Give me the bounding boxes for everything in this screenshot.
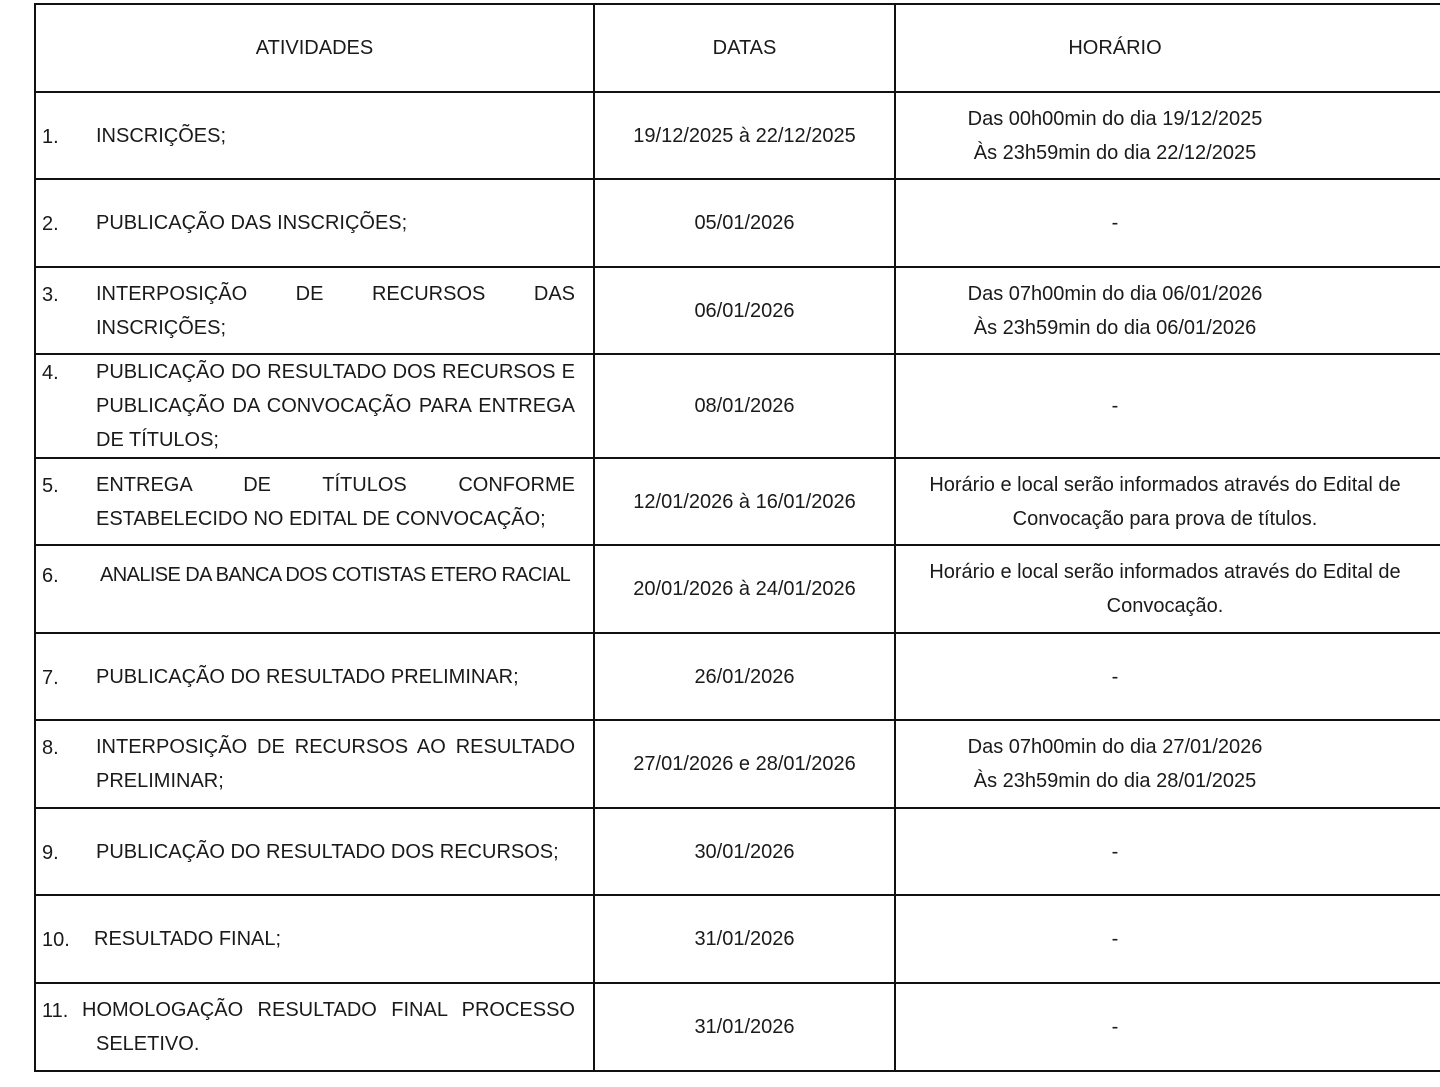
- date-cell: 30/01/2026: [594, 808, 895, 895]
- time-line-2: Às 23h59min do dia 22/12/2025: [896, 136, 1334, 170]
- time-cell: -: [895, 895, 1440, 983]
- table-row: 9. PUBLICAÇÃO DO RESULTADO DOS RECURSOS;…: [35, 808, 1440, 895]
- time-line-1: Horário e local serão informados através…: [896, 555, 1434, 623]
- activity-text: INSCRIÇÕES;: [36, 119, 593, 153]
- table-row: 2. PUBLICAÇÃO DAS INSCRIÇÕES; 05/01/2026…: [35, 179, 1440, 267]
- time-line-2: Às 23h59min do dia 06/01/2026: [896, 311, 1334, 345]
- time-line-1: Das 07h00min do dia 27/01/2026: [896, 730, 1334, 764]
- activity-number: 11.: [42, 994, 68, 1028]
- time-cell: Das 00h00min do dia 19/12/2025Às 23h59mi…: [895, 92, 1440, 179]
- date-cell: 26/01/2026: [594, 633, 895, 720]
- activity-cell: 10. RESULTADO FINAL;: [35, 895, 594, 983]
- activity-cell: 6. ANALISE DA BANCA DOS COTISTAS ETERO R…: [35, 545, 594, 633]
- activity-text: ANALISE DA BANCA DOS COTISTAS ETERO RACI…: [36, 558, 593, 592]
- time-line-1: Horário e local serão informados através…: [896, 468, 1434, 536]
- activity-number: 4.: [42, 356, 59, 390]
- time-cell: Horário e local serão informados através…: [895, 545, 1440, 633]
- activity-number: 7.: [42, 661, 59, 695]
- time-line-1: -: [896, 389, 1334, 423]
- activity-text: PUBLICAÇÃO DO RESULTADO DOS RECURSOS E P…: [36, 355, 593, 457]
- activity-cell: 5. ENTREGA DE TÍTULOS CONFORME ESTABELEC…: [35, 458, 594, 545]
- schedule-table: ATIVIDADES DATAS HORÁRIO 1. INSCRIÇÕES; …: [34, 3, 1440, 1072]
- time-line-1: Das 00h00min do dia 19/12/2025: [896, 102, 1334, 136]
- activity-number: 5.: [42, 469, 59, 503]
- time-line-1: -: [896, 1010, 1334, 1044]
- time-line-1: Das 07h00min do dia 06/01/2026: [896, 277, 1334, 311]
- time-line-1: -: [896, 922, 1334, 956]
- time-cell: -: [895, 808, 1440, 895]
- date-cell: 12/01/2026 à 16/01/2026: [594, 458, 895, 545]
- time-cell: Das 07h00min do dia 27/01/2026Às 23h59mi…: [895, 720, 1440, 808]
- date-cell: 05/01/2026: [594, 179, 895, 267]
- activity-cell: 7. PUBLICAÇÃO DO RESULTADO PRELIMINAR;: [35, 633, 594, 720]
- activity-number: 3.: [42, 278, 59, 312]
- activity-cell: 1. INSCRIÇÕES;: [35, 92, 594, 179]
- header-dates: DATAS: [594, 4, 895, 92]
- activity-cell: 3. INTERPOSIÇÃO DE RECURSOS DAS INSCRIÇÕ…: [35, 267, 594, 354]
- activity-text: ENTREGA DE TÍTULOS CONFORME ESTABELECIDO…: [36, 468, 593, 536]
- time-line-1: -: [896, 835, 1334, 869]
- activity-number: 10.: [42, 923, 70, 957]
- table-row: 5. ENTREGA DE TÍTULOS CONFORME ESTABELEC…: [35, 458, 1440, 545]
- date-cell: 31/01/2026: [594, 983, 895, 1071]
- activity-text: HOMOLOGAÇÃO RESULTADO FINAL PROCESSO SEL…: [36, 993, 593, 1061]
- table-row: 8. INTERPOSIÇÃO DE RECURSOS AO RESULTADO…: [35, 720, 1440, 808]
- table-row: 6. ANALISE DA BANCA DOS COTISTAS ETERO R…: [35, 545, 1440, 633]
- header-row: ATIVIDADES DATAS HORÁRIO: [35, 4, 1440, 92]
- date-cell: 27/01/2026 e 28/01/2026: [594, 720, 895, 808]
- table-row: 4. PUBLICAÇÃO DO RESULTADO DOS RECURSOS …: [35, 354, 1440, 458]
- activity-number: 8.: [42, 731, 59, 765]
- table-row: 10. RESULTADO FINAL; 31/01/2026 -: [35, 895, 1440, 983]
- activity-cell: 11. HOMOLOGAÇÃO RESULTADO FINAL PROCESSO…: [35, 983, 594, 1071]
- activity-text: PUBLICAÇÃO DAS INSCRIÇÕES;: [36, 206, 593, 240]
- activity-text: INTERPOSIÇÃO DE RECURSOS DAS INSCRIÇÕES;: [36, 277, 593, 345]
- time-cell: -: [895, 354, 1440, 458]
- table-row: 7. PUBLICAÇÃO DO RESULTADO PRELIMINAR; 2…: [35, 633, 1440, 720]
- activity-number: 1.: [42, 120, 59, 154]
- activity-text: RESULTADO FINAL;: [36, 922, 593, 956]
- time-line-1: -: [896, 660, 1334, 694]
- table-row: 11. HOMOLOGAÇÃO RESULTADO FINAL PROCESSO…: [35, 983, 1440, 1071]
- activity-cell: 2. PUBLICAÇÃO DAS INSCRIÇÕES;: [35, 179, 594, 267]
- activity-cell: 9. PUBLICAÇÃO DO RESULTADO DOS RECURSOS;: [35, 808, 594, 895]
- activity-cell: 4. PUBLICAÇÃO DO RESULTADO DOS RECURSOS …: [35, 354, 594, 458]
- time-line-2: Às 23h59min do dia 28/01/2025: [896, 764, 1334, 798]
- date-cell: 31/01/2026: [594, 895, 895, 983]
- time-line-1: -: [896, 206, 1334, 240]
- time-cell: -: [895, 983, 1440, 1071]
- activity-text: PUBLICAÇÃO DO RESULTADO PRELIMINAR;: [36, 660, 593, 694]
- time-cell: -: [895, 633, 1440, 720]
- activity-number: 2.: [42, 207, 59, 241]
- date-cell: 08/01/2026: [594, 354, 895, 458]
- time-cell: Horário e local serão informados através…: [895, 458, 1440, 545]
- activity-number: 9.: [42, 836, 59, 870]
- table-row: 3. INTERPOSIÇÃO DE RECURSOS DAS INSCRIÇÕ…: [35, 267, 1440, 354]
- time-cell: Das 07h00min do dia 06/01/2026Às 23h59mi…: [895, 267, 1440, 354]
- header-time: HORÁRIO: [895, 4, 1440, 92]
- date-cell: 20/01/2026 à 24/01/2026: [594, 545, 895, 633]
- date-cell: 19/12/2025 à 22/12/2025: [594, 92, 895, 179]
- activity-cell: 8. INTERPOSIÇÃO DE RECURSOS AO RESULTADO…: [35, 720, 594, 808]
- table-row: 1. INSCRIÇÕES; 19/12/2025 à 22/12/2025 D…: [35, 92, 1440, 179]
- activity-text: PUBLICAÇÃO DO RESULTADO DOS RECURSOS;: [36, 835, 593, 869]
- activity-text: INTERPOSIÇÃO DE RECURSOS AO RESULTADO PR…: [36, 730, 593, 798]
- time-cell: -: [895, 179, 1440, 267]
- header-activities: ATIVIDADES: [35, 4, 594, 92]
- date-cell: 06/01/2026: [594, 267, 895, 354]
